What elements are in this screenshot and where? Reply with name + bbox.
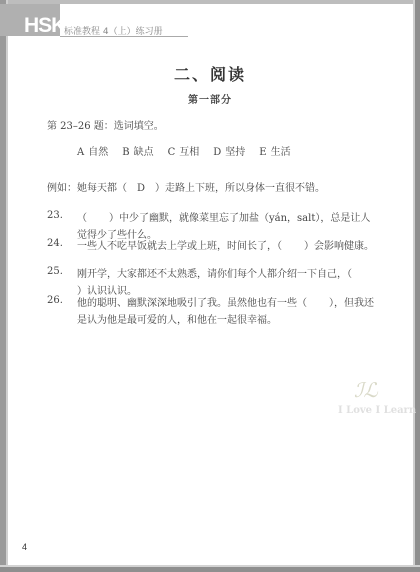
page-border-right [415, 0, 420, 572]
header-logo-block: HSK [0, 4, 60, 36]
page-border-bottom [0, 567, 420, 572]
page-border-bottom-inner [0, 565, 420, 567]
option-a: A自然 [77, 143, 108, 158]
part-title: 第一部分 [0, 91, 420, 106]
example-answer: D [137, 183, 145, 194]
page-border-left-inner [6, 0, 8, 572]
watermark-monogram: ℐℒ [354, 378, 378, 402]
option-e: E生活 [259, 143, 290, 158]
header-rule [60, 36, 188, 37]
page-number: 4 [22, 542, 27, 552]
example-sentence: 例如：她每天都（D）走路上下班，所以身体一直很不错。 [47, 179, 325, 194]
instruction: 第 23–26 题：选词填空。 [47, 117, 164, 132]
option-c: C互相 [168, 143, 200, 158]
watermark-text: I Love I Learn [338, 405, 416, 416]
section-title: 二、阅读 [0, 62, 420, 85]
page-border-top [0, 0, 420, 4]
page-border-right-inner [413, 0, 415, 572]
hsk-logo: HSK [24, 14, 65, 38]
word-options: A自然 B缺点 C互相 D坚持 E生活 [77, 143, 291, 158]
option-b: B缺点 [122, 143, 153, 158]
option-d: D坚持 [213, 143, 245, 158]
